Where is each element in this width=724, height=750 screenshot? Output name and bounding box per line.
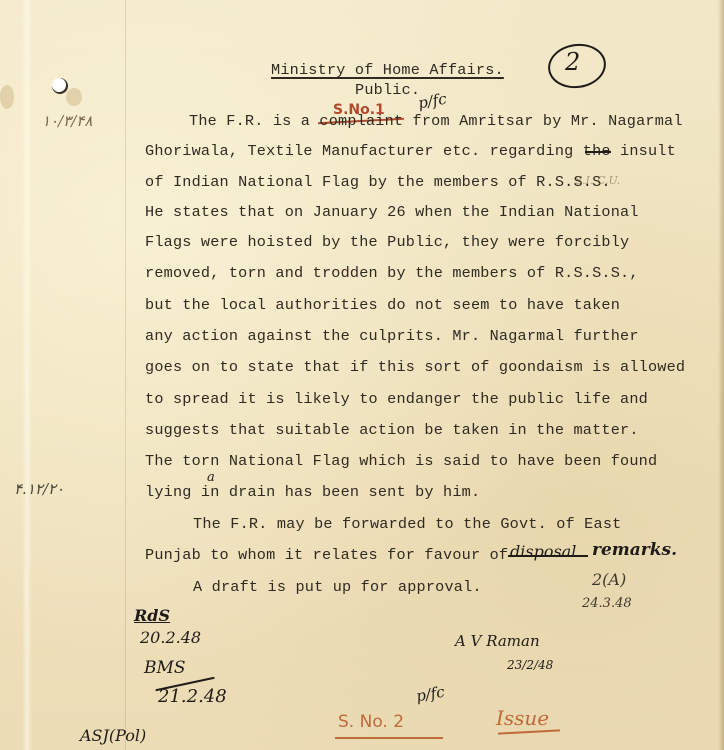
page-number: 2 — [565, 48, 580, 76]
inserted-word: a — [207, 470, 215, 485]
issue-mark: Issue — [496, 706, 549, 730]
pfc-note-bottom: p/fc — [415, 683, 446, 706]
strike-through — [508, 555, 588, 557]
date-1: 20.2.48 — [140, 628, 201, 647]
margin-right-initials: 2(A) — [592, 570, 626, 589]
body-line: The F.R. may be forwarded to the Govt. o… — [193, 515, 621, 533]
stain — [66, 88, 82, 106]
serial-2-underline — [335, 737, 443, 739]
initials-2: BMS — [144, 658, 186, 678]
signature: A V Raman — [455, 632, 540, 650]
handwritten-replacement: remarks. — [592, 540, 677, 560]
stain — [0, 85, 14, 109]
body-line: any action against the culprits. Mr. Nag… — [145, 327, 639, 345]
document-subheading: Public. — [355, 81, 420, 99]
body-line: goes on to state that if this sort of go… — [145, 358, 685, 376]
document-heading: Ministry of Home Affairs. — [271, 61, 504, 79]
body-line: of Indian National Flag by the members o… — [145, 173, 611, 191]
body-line: He states that on January 26 when the In… — [145, 203, 639, 221]
paper-fold — [22, 0, 32, 750]
strike-through — [585, 151, 611, 153]
body-line: Flags were hoisted by the Public, they w… — [145, 233, 629, 251]
faint-stamp: S.I. C.U. — [575, 174, 620, 187]
paper-edge — [718, 0, 724, 750]
body-line: lying in drain has been sent by him. — [145, 483, 480, 501]
margin-note-mid: ۴.۱۲/۲۰ — [14, 480, 64, 498]
body-line: The torn National Flag which is said to … — [145, 452, 657, 470]
body-line: but the local authorities do not seem to… — [145, 296, 620, 314]
punch-hole — [52, 78, 66, 92]
issue-underline — [498, 729, 560, 734]
body-line: suggests that suitable action be taken i… — [145, 421, 639, 439]
initials-bottom: ASJ(Pol) — [80, 726, 146, 745]
serial-number-2: S. No. 2 — [338, 712, 404, 732]
document-page: ۱۰/۳/۴۸ ۴.۱۲/۲۰ 2 Ministry of Home Affai… — [0, 0, 724, 750]
body-line: Punjab to whom it relates for favour of — [145, 546, 508, 564]
body-line: to spread it is likely to endanger the p… — [145, 390, 648, 408]
date-2: 21.2.48 — [158, 686, 227, 707]
body-line: The F.R. is a complaint from Amritsar by… — [189, 112, 683, 130]
signature-date: 23/2/48 — [507, 658, 553, 672]
body-line: removed, torn and trodden by the members… — [145, 264, 639, 282]
pfc-note-top: p/fc — [417, 90, 448, 113]
margin-note-top: ۱۰/۳/۴۸ — [42, 112, 92, 130]
struck-word: disposal — [510, 542, 576, 561]
initials-1: RdS — [134, 606, 170, 625]
body-line: A draft is put up for approval. — [193, 578, 482, 596]
paper-crease — [125, 0, 126, 750]
margin-right-date: 24.3.48 — [582, 596, 632, 611]
